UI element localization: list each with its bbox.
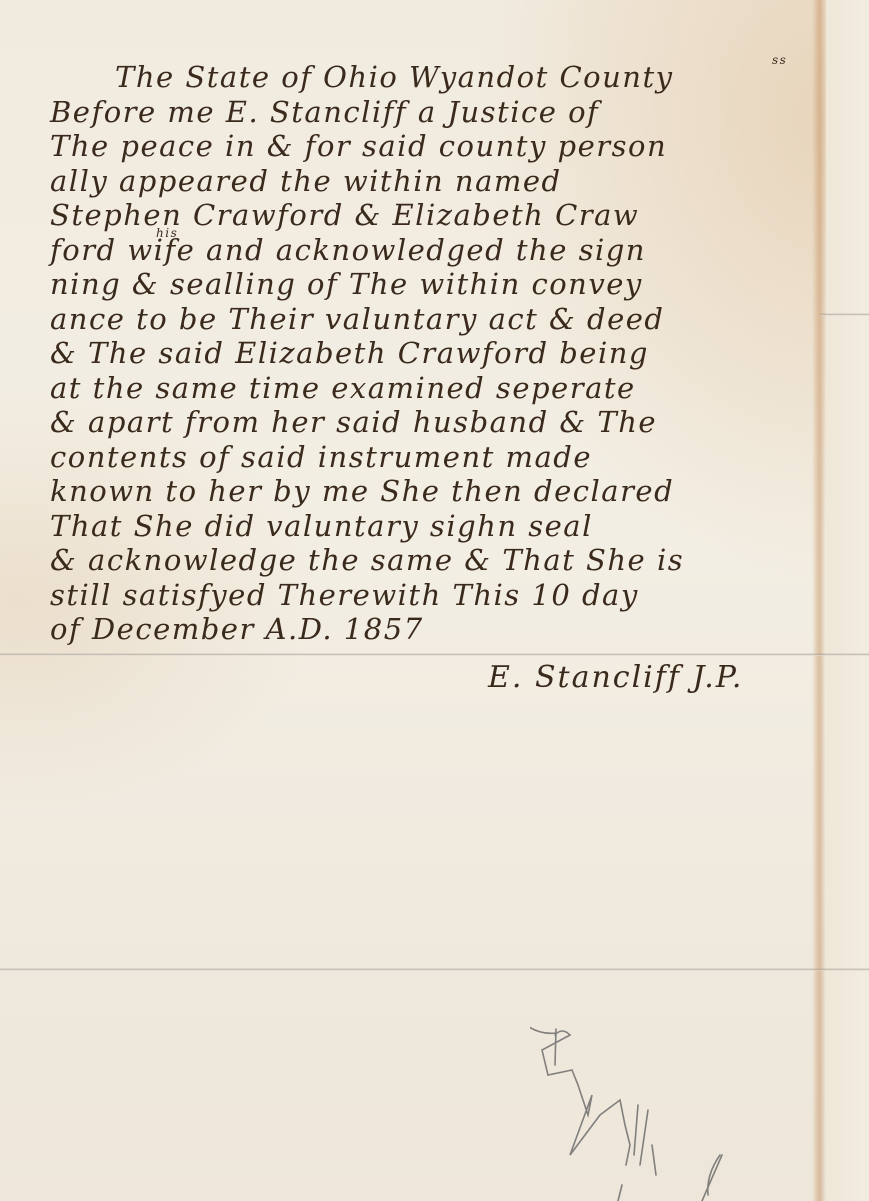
- text-line: ning & sealling of The within convey: [50, 267, 820, 302]
- text-line: still satisfyed Therewith This 10 day: [50, 578, 820, 613]
- text-line: at the same time examined seperate: [50, 371, 820, 406]
- text-line: contents of said instrument made: [50, 440, 820, 475]
- text-line: ally appeared the within named: [50, 164, 820, 199]
- document-page: The State of Ohio Wyandot County ss Befo…: [0, 0, 869, 1201]
- edge-tear-line: [820, 313, 869, 316]
- justice-signature: E. Stancliff J.P.: [488, 660, 743, 695]
- text-line: ford wife and acknowledged the sign his: [50, 233, 820, 268]
- text-line: The State of Ohio Wyandot County ss: [50, 60, 820, 95]
- horizontal-fold-line: [0, 653, 869, 656]
- right-margin-strip: [826, 0, 869, 1201]
- text-line: The peace in & for said county person: [50, 129, 820, 164]
- his-annotation: his: [156, 227, 178, 239]
- horizontal-fold-line: [0, 968, 869, 971]
- text-line: & acknowledge the same & That She is: [50, 543, 820, 578]
- text-line: ance to be Their valuntary act & deed: [50, 302, 820, 337]
- text-line: & apart from her said husband & The: [50, 405, 820, 440]
- text-line: of December A.D. 1857: [50, 612, 820, 647]
- text-line: Before me E. Stancliff a Justice of: [50, 95, 820, 130]
- text-line: known to her by me She then declared: [50, 474, 820, 509]
- pencil-scrawl-mark: [530, 1005, 750, 1201]
- text-line: & The said Elizabeth Crawford being: [50, 336, 820, 371]
- ss-annotation: ss: [772, 54, 787, 66]
- text-line: That She did valuntary sighn seal: [50, 509, 820, 544]
- handwritten-text: The State of Ohio Wyandot County ss Befo…: [50, 60, 820, 647]
